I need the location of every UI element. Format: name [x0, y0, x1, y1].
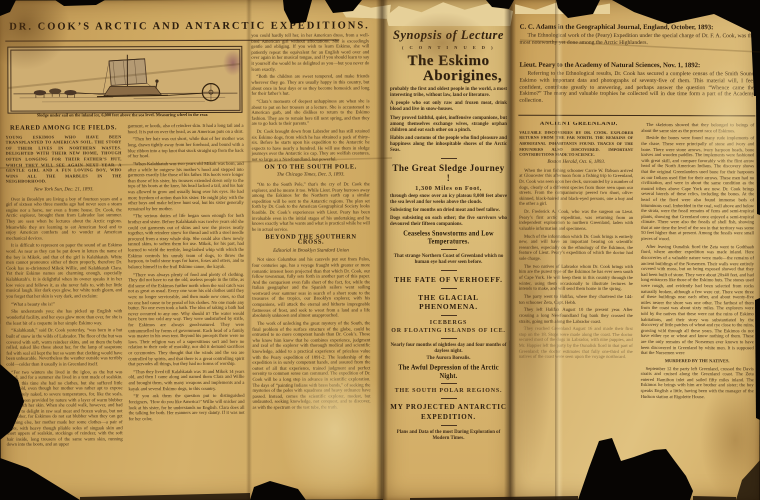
body-paragraph: “When Kalahkatah was two years old Mikok…: [128, 161, 244, 212]
section-divider-rule: [518, 115, 755, 117]
body-paragraph: “What a beauty she is!”: [6, 301, 122, 307]
dateline-ny-sun: New York Sun, Dec. 21, 1893.: [6, 187, 122, 193]
headline-south-polar: THE SOUTH POLAR REGIONS.: [390, 388, 507, 394]
dateline-standard-union: Editorial in Brooklyn Standard Union: [252, 248, 370, 254]
left-column-3: you could hardly tell her, in her Americ…: [251, 32, 371, 494]
dateline-chicago-times: The Chicago Times, Dec. 3, 1893.: [252, 173, 370, 179]
body-paragraph: September 12 the party left Greenland, c…: [641, 366, 754, 400]
headline-sledge-journey: The Great Sledge Journey !: [390, 163, 507, 183]
body-paragraph: “Clara’s moments of deepest unhappiness …: [251, 98, 369, 126]
body-paragraph: The skeletons showed that they belonged …: [641, 122, 754, 133]
body-paragraph: “Kalahkatah,” said Dr. Cook yesterday, “…: [6, 328, 122, 368]
sledge-illustration: [7, 46, 242, 114]
section-rule: [441, 288, 457, 289]
body-paragraph: When the iron fishing schooner Carrie W.…: [519, 167, 633, 206]
body-paragraph: “The serious duties of life began soon e…: [128, 213, 244, 269]
headline-icebergs: ICEBERGS: [390, 320, 507, 326]
left-column-2: garment, or kooik, also of reindeer skin…: [128, 123, 245, 497]
body-paragraph: “On to the South Pole,” that’s the cry o…: [252, 181, 370, 232]
section-rule: [441, 338, 457, 339]
lead-paragraph: A people who eat only raw and frozen mea…: [390, 101, 507, 113]
photographed-newspaper-spread: DR. COOK’S ARCTIC AND ANTARCTIC EXPEDITI…: [0, 0, 760, 500]
body-paragraph: garment, or kooik, also of reindeer skin…: [128, 123, 244, 135]
journey-paragraph: Dogs subsisting on each other; the five …: [390, 216, 507, 228]
subhead-murdered: MURDERED BY THE NATIVES.: [641, 358, 754, 364]
body-paragraph: Dr. Cook brought down from Labrador and …: [252, 128, 370, 162]
body-paragraph: It is difficult to represent on paper th…: [6, 243, 122, 299]
synopsis-page: Synopsis of Lecture ( C O N T I N U E D …: [383, 0, 514, 500]
body-paragraph: Not since Columbus and his caravels put …: [252, 257, 370, 319]
headline-my-expedition: MY PROJECTED ANTARCTIC: [390, 403, 507, 411]
adams-quote-heading: C. C. Adams in the Geographical Journal,…: [520, 24, 755, 32]
journey-paragraph: through deep snow over an icy plateau 8,…: [390, 194, 507, 206]
section-rule: [441, 383, 457, 384]
body-paragraph: The two natives of Labrador whom Dr. Coo…: [519, 263, 633, 291]
right-column-1: ANCIENT GREENLAND. VALUABLE DISCOVERIES …: [518, 122, 633, 496]
body-paragraph: Over in Brooklyn are living a boy of fou…: [6, 196, 122, 241]
body-paragraph: The work of unlocking the great mystery …: [252, 320, 370, 410]
testimonials-page: C. C. Adams in the Geographical Journal,…: [509, 0, 760, 500]
section-rule: [441, 315, 457, 316]
faded-paragraph: They reached Greenland August 16 and mad…: [519, 326, 633, 360]
body-paragraph: “Both the children are sweet tempered, a…: [251, 74, 369, 97]
continued-label: ( C O N T I N U E D ): [390, 45, 507, 50]
left-column-1: REARED AMONG ICE FIELDS. Young Eskimos w…: [6, 123, 123, 495]
headline-verhoeff: THE FATE OF VERHOEFF.: [390, 275, 507, 284]
subhead-deck: Young Eskimos who have been transplanted…: [6, 134, 122, 185]
headline-ancient-greenland: ANCIENT GREENLAND.: [519, 122, 633, 128]
headline-southern-cross: BEYOND THE SOUTHERN CROSS.: [252, 234, 370, 246]
peary-quote-body: Referring to the Ethnological results, D…: [519, 71, 754, 106]
coast-paragraph: That strange Northern Coast of Greenland…: [390, 254, 507, 266]
eskimo-title-line2: Aborigines,: [418, 69, 507, 84]
section-rule: [441, 425, 457, 426]
dateline-boston-herald: Boston Herald, Oct. 6, 1893.: [519, 160, 633, 166]
plans-paragraph: Plans and Data of the most Daring Explor…: [390, 430, 507, 442]
headline-reared: REARED AMONG ICE FIELDS.: [6, 125, 122, 131]
illustration-caption: Sledge under sail on the inland ice, 6,0…: [6, 112, 240, 118]
headline-snowstorms: Ceaseless Snowstorms and Low Temperature…: [390, 230, 507, 246]
aurora-line: The Aurora Borealis.: [390, 356, 507, 362]
lead-paragraph: probably the first and oldest people in …: [390, 87, 507, 99]
left-clipping-page: DR. COOK’S ARCTIC AND ANTARCTIC EXPEDITI…: [0, 0, 393, 500]
right-column-2: The skeletons showed that they belonged …: [640, 122, 754, 496]
body-paragraph: “Then her hair was cut short, while that…: [128, 136, 244, 159]
section-rule: [441, 158, 457, 159]
journey-paragraph: Subsisting for months on dried meat and …: [390, 208, 507, 214]
body-paragraph: After leaving Ounalisk fiord the Zeta we…: [641, 244, 754, 356]
body-paragraph: “Thus they lived till Kalahkatah was 16 …: [128, 369, 244, 392]
section-rule: [441, 398, 457, 399]
subhead-discoveries: VALUABLE DISCOVERIES BY DR. COOK. EXPLOR…: [519, 129, 633, 157]
article-title: DR. COOK’S ARCTIC AND ANTARCTIC EXPEDITI…: [9, 20, 339, 32]
lead-paragraph: They proved faithful, quiet, inoffensive…: [390, 116, 507, 134]
section-rule: [441, 249, 457, 250]
section-rule: [441, 270, 457, 271]
body-paragraph: “There was always plenty of food and ple…: [128, 271, 244, 366]
months-paragraph: Nearly four months of nightless day and …: [390, 343, 507, 355]
body-paragraph: The party went to Halifax, where they ch…: [519, 294, 633, 305]
sledge-under-sail-drawing: [11, 49, 239, 110]
body-paragraph: “If you ask them the question put to dis…: [129, 393, 245, 421]
body-paragraph: Dr. Frederick A. Cook, who was the surge…: [519, 209, 633, 232]
headline-arctic-night: The Awful Depression of the Arctic Night…: [390, 364, 507, 380]
headline-icebergs-2: OR FLOATING ISLANDS OF ICE.: [390, 328, 507, 334]
headline-my-expedition-2: EXPEDITION.: [390, 413, 507, 421]
headline-glacial: THE GLACIAL PHENOMENA.: [390, 293, 507, 311]
body-paragraph: “For two winters she lived in the igloo,…: [6, 369, 122, 448]
body-paragraph: Beside the bones were found many rude im…: [641, 135, 754, 242]
body-paragraph: They left Halifax August 10 the present …: [519, 307, 633, 324]
subhead-1300-miles: 1,300 Miles on Foot,: [390, 185, 507, 192]
synopsis-kicker: Synopsis of Lecture: [390, 28, 507, 43]
synopsis-column: Synopsis of Lecture ( C O N T I N U E D …: [390, 28, 507, 496]
lead-paragraph: Habits and customs of the people who fin…: [390, 136, 507, 154]
peary-quote-heading: Lieut. Peary to the Academy of Natural S…: [519, 62, 754, 70]
headline-south-pole: ON TO THE SOUTH POLE.: [252, 164, 370, 170]
peary-quote: Lieut. Peary to the Academy of Natural S…: [519, 62, 754, 106]
eskimo-title-line1: The Eskimo: [390, 54, 507, 69]
body-paragraph: you could hardly tell her, in her Americ…: [251, 32, 369, 72]
adams-quote-body: The Ethnological work of the (Peary) Exp…: [520, 33, 755, 47]
adams-quote: C. C. Adams in the Geographical Journal,…: [520, 24, 755, 47]
body-paragraph: Much of the information which Dr. Cook b…: [519, 233, 633, 261]
body-paragraph: She understands you; she has picked up E…: [6, 309, 122, 326]
